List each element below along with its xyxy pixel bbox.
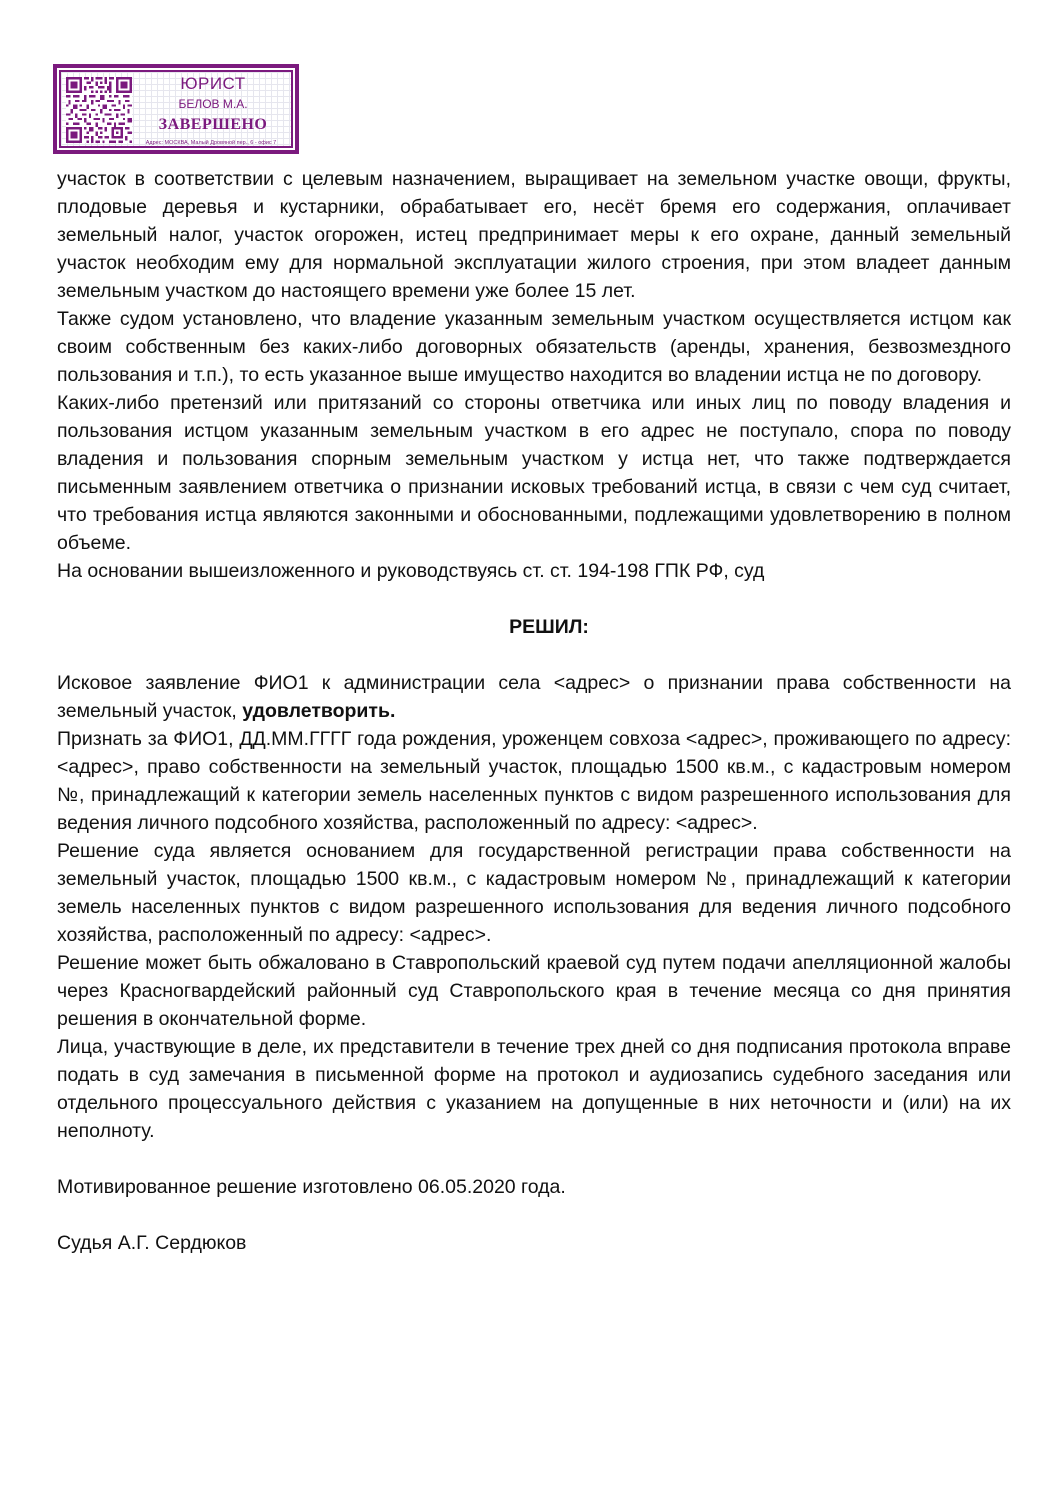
qr-code-icon xyxy=(66,77,132,143)
paragraph-no-claims: Каких-либо претензий или притязаний со с… xyxy=(57,389,1011,557)
decision-date-line: Мотивированное решение изготовлено 06.05… xyxy=(57,1173,1011,1201)
stamp-inner-frame: ЮРИСТ БЕЛОВ М.А. ЗАВЕРШЕНО Адрес: МОСКВА… xyxy=(59,70,293,148)
paragraph-legal-basis: На основании вышеизложенного и руководст… xyxy=(57,557,1011,585)
ruling-intro-bold: удовлетворить. xyxy=(242,700,395,722)
ruling-heading: РЕШИЛ: xyxy=(57,613,1011,641)
ruling-intro-text: Исковое заявление ФИО1 к администрации с… xyxy=(57,672,1011,722)
paragraph-land-use: участок в соответствии с целевым назначе… xyxy=(57,165,1011,305)
lawyer-stamp: ЮРИСТ БЕЛОВ М.А. ЗАВЕРШЕНО Адрес: МОСКВА… xyxy=(53,64,299,154)
paragraph-ruling-intro: Исковое заявление ФИО1 к администрации с… xyxy=(57,669,1011,725)
paragraph-protocol-remarks: Лица, участвующие в деле, их представите… xyxy=(57,1033,1011,1145)
document-body: участок в соответствии с целевым назначе… xyxy=(57,165,1011,1257)
paragraph-registration-basis: Решение суда является основанием для гос… xyxy=(57,837,1011,949)
stamp-address: Адрес: МОСКВА, Малый Дровяной пер., 6 - … xyxy=(133,140,289,146)
spacer xyxy=(57,1145,1011,1173)
paragraph-recognize-ownership: Признать за ФИО1, ДД.ММ.ГГГГ года рожден… xyxy=(57,725,1011,837)
spacer xyxy=(57,1201,1011,1229)
judge-signature: Судья А.Г. Сердюков xyxy=(57,1229,1011,1257)
stamp-lawyer-name: БЕЛОВ М.А. xyxy=(139,97,287,111)
paragraph-ownership: Также судом установлено, что владение ук… xyxy=(57,305,1011,389)
stamp-title: ЮРИСТ xyxy=(139,74,287,94)
paragraph-appeal: Решение может быть обжаловано в Ставропо… xyxy=(57,949,1011,1033)
stamp-status: ЗАВЕРШЕНО xyxy=(139,116,287,134)
